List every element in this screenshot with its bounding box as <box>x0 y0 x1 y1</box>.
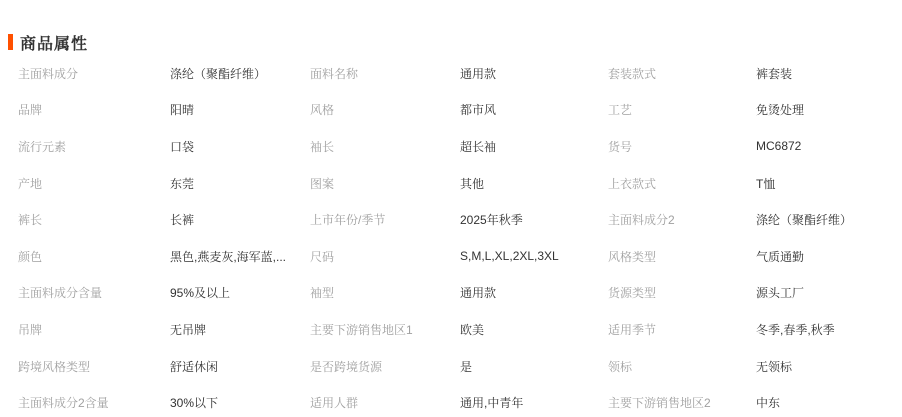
attribute-label: 袖型 <box>310 284 460 301</box>
attribute-value: 涤纶（聚酯纤维） <box>170 65 310 82</box>
attribute-label: 货源类型 <box>608 284 756 301</box>
attribute-value: MC6872 <box>756 139 902 153</box>
attribute-value: T恤 <box>756 175 902 192</box>
attribute-label: 主要下游销售地区1 <box>310 321 460 338</box>
attribute-value: 东莞 <box>170 175 310 192</box>
attribute-value: 超长袖 <box>460 138 608 155</box>
attribute-label: 适用人群 <box>310 394 460 411</box>
attribute-value: 黑色,燕麦灰,海军蓝,... <box>170 248 310 265</box>
attribute-value: 涤纶（聚酯纤维） <box>756 211 902 228</box>
attribute-label: 是否跨境货源 <box>310 358 460 375</box>
attribute-value: 其他 <box>460 175 608 192</box>
attribute-row: 产地东莞图案其他上衣款式T恤 <box>18 165 902 202</box>
attribute-value: 舒适休闲 <box>170 358 310 375</box>
attribute-value: 通用款 <box>460 284 608 301</box>
attribute-value: 裤套装 <box>756 65 902 82</box>
attribute-label: 尺码 <box>310 248 460 265</box>
attribute-value: 无领标 <box>756 358 902 375</box>
attribute-label: 风格 <box>310 101 460 118</box>
attribute-label: 颜色 <box>18 248 170 265</box>
attribute-value: 欧美 <box>460 321 608 338</box>
attribute-label: 主面料成分2 <box>608 211 756 228</box>
attribute-value: 长裤 <box>170 211 310 228</box>
attribute-value: 冬季,春季,秋季 <box>756 321 902 338</box>
attribute-label: 跨境风格类型 <box>18 358 170 375</box>
section-title: 商品属性 <box>20 31 88 54</box>
attribute-value: S,M,L,XL,2XL,3XL <box>460 249 608 263</box>
attribute-label: 货号 <box>608 138 756 155</box>
attribute-label: 品牌 <box>18 101 170 118</box>
attribute-value: 都市风 <box>460 101 608 118</box>
attribute-label: 适用季节 <box>608 321 756 338</box>
attribute-row: 主面料成分2含量30%以下适用人群通用,中青年主要下游销售地区2中东 <box>18 384 902 417</box>
attribute-row: 吊牌无吊牌主要下游销售地区1欧美适用季节冬季,春季,秋季 <box>18 311 902 348</box>
attribute-label: 面料名称 <box>310 65 460 82</box>
attribute-label: 主面料成分2含量 <box>18 394 170 411</box>
attribute-label: 工艺 <box>608 101 756 118</box>
attribute-label: 主面料成分含量 <box>18 284 170 301</box>
attribute-label: 上市年份/季节 <box>310 211 460 228</box>
attribute-label: 产地 <box>18 175 170 192</box>
attribute-label: 裤长 <box>18 211 170 228</box>
attribute-value: 通用,中青年 <box>460 394 608 411</box>
attribute-label: 流行元素 <box>18 138 170 155</box>
attribute-label: 图案 <box>310 175 460 192</box>
attribute-value: 口袋 <box>170 138 310 155</box>
attribute-value: 阳晴 <box>170 101 310 118</box>
attribute-value: 95%及以上 <box>170 284 310 301</box>
attribute-row: 颜色黑色,燕麦灰,海军蓝,...尺码S,M,L,XL,2XL,3XL风格类型气质… <box>18 238 902 275</box>
attribute-label: 领标 <box>608 358 756 375</box>
attribute-label: 上衣款式 <box>608 175 756 192</box>
accent-bar-icon <box>8 34 13 50</box>
attribute-row: 跨境风格类型舒适休闲是否跨境货源是领标无领标 <box>18 348 902 385</box>
attribute-label: 袖长 <box>310 138 460 155</box>
attribute-label: 风格类型 <box>608 248 756 265</box>
attribute-label: 主要下游销售地区2 <box>608 394 756 411</box>
attribute-value: 是 <box>460 358 608 375</box>
attribute-row: 主面料成分含量95%及以上袖型通用款货源类型源头工厂 <box>18 275 902 312</box>
attribute-value: 2025年秋季 <box>460 211 608 228</box>
attribute-value: 源头工厂 <box>756 284 902 301</box>
attribute-value: 通用款 <box>460 65 608 82</box>
attribute-row: 流行元素口袋袖长超长袖货号MC6872 <box>18 128 902 165</box>
attribute-value: 30%以下 <box>170 394 310 411</box>
attribute-label: 主面料成分 <box>18 65 170 82</box>
attribute-row: 裤长长裤上市年份/季节2025年秋季主面料成分2涤纶（聚酯纤维） <box>18 201 902 238</box>
attribute-value: 免烫处理 <box>756 101 902 118</box>
attribute-row: 品牌阳晴风格都市风工艺免烫处理 <box>18 92 902 129</box>
attributes-table: 主面料成分涤纶（聚酯纤维）面料名称通用款套装款式裤套装品牌阳晴风格都市风工艺免烫… <box>0 55 902 417</box>
attribute-value: 中东 <box>756 394 902 411</box>
attribute-label: 吊牌 <box>18 321 170 338</box>
attribute-value: 无吊牌 <box>170 321 310 338</box>
attribute-value: 气质通勤 <box>756 248 902 265</box>
attribute-label: 套装款式 <box>608 65 756 82</box>
attribute-row: 主面料成分涤纶（聚酯纤维）面料名称通用款套装款式裤套装 <box>18 55 902 92</box>
section-header: 商品属性 <box>8 33 902 51</box>
